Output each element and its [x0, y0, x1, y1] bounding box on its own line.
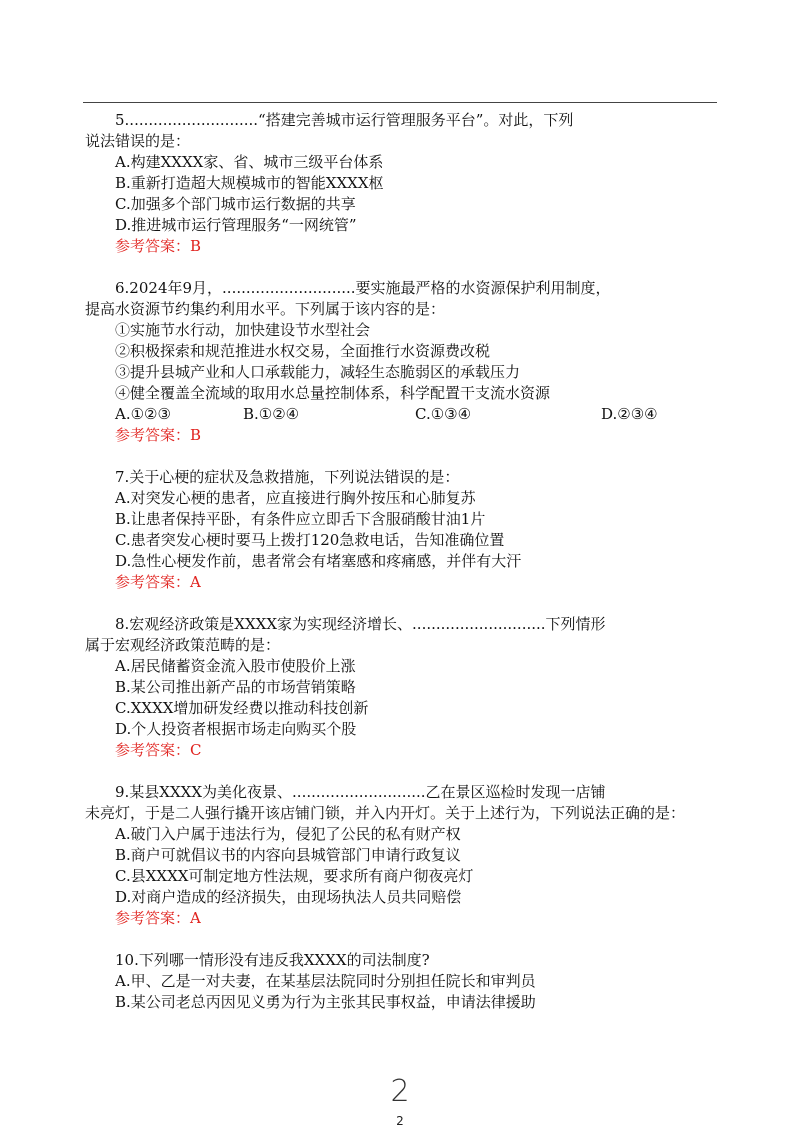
- question-10: 10.下列哪一情形没有违反我XXXX的司法制度? A.甲、乙是一对夫妻，在某基层…: [85, 950, 717, 1013]
- question-stem: 6.2024年9月，............................要实…: [85, 278, 717, 299]
- option-c: C.县XXXX可制定地方性法规，要求所有商户彻夜亮灯: [85, 866, 717, 887]
- document-body: 5............................“搭建完善城市运行管理…: [85, 110, 717, 1034]
- option-a: A.甲、乙是一对夫妻，在某基层法院同时分别担任院长和审判员: [85, 971, 717, 992]
- option-b: B.让患者保持平卧，有条件应立即舌下含服硝酸甘油1片: [85, 509, 717, 530]
- question-stem: 9.某县XXXX为美化夜景、..........................…: [85, 782, 717, 803]
- statement-3: ③提升县城产业和人口承载能力，减轻生态脆弱区的承载压力: [85, 362, 717, 383]
- question-stem-continued: 提高水资源节约集约利用水平。下列属于该内容的是：: [85, 299, 717, 320]
- reference-answer: 参考答案：A: [85, 572, 717, 593]
- question-stem-continued: 属于宏观经济政策范畴的是：: [85, 635, 717, 656]
- option-d: D.对商户造成的经济损失，由现场执法人员共同赔偿: [85, 887, 717, 908]
- question-stem: 10.下列哪一情形没有违反我XXXX的司法制度?: [85, 950, 717, 971]
- question-stem-continued: 未亮灯，于是二人强行撬开该店铺门锁，并入内开灯。关于上述行为，下列说法正确的是：: [85, 803, 717, 824]
- option-c: C.XXXX增加研发经费以推动科技创新: [85, 698, 717, 719]
- option-a: A.破门入户属于违法行为，侵犯了公民的私有财产权: [85, 824, 717, 845]
- option-a: A.对突发心梗的患者，应直接进行胸外按压和心肺复苏: [85, 488, 717, 509]
- option-d: D.②③④: [601, 404, 658, 425]
- statement-4: ④健全覆盖全流域的取用水总量控制体系，科学配置干支流水资源: [85, 383, 717, 404]
- option-c: C.①③④: [415, 404, 601, 425]
- question-stem: 5............................“搭建完善城市运行管理…: [85, 110, 717, 131]
- options-row: A.①②③ B.①②④ C.①③④ D.②③④: [85, 404, 717, 425]
- option-a: A.构建XXXX家、省、城市三级平台体系: [85, 152, 717, 173]
- header-rule: [83, 102, 717, 103]
- option-c: C.患者突发心梗时要马上拨打120急救电话，告知准确位置: [85, 530, 717, 551]
- statement-2: ②积极探索和规范推进水权交易，全面推行水资源费改税: [85, 341, 717, 362]
- reference-answer: 参考答案：C: [85, 740, 717, 761]
- option-b: B.重新打造超大规模城市的智能XXXX枢: [85, 173, 717, 194]
- option-d: D.推进城市运行管理服务“一网统管”: [85, 215, 717, 236]
- option-a: A.①②③: [115, 404, 243, 425]
- option-b: B.①②④: [243, 404, 415, 425]
- option-d: D.个人投资者根据市场走向购买个股: [85, 719, 717, 740]
- reference-answer: 参考答案：A: [85, 908, 717, 929]
- option-b: B.某公司老总丙因见义勇为行为主张其民事权益，申请法律援助: [85, 992, 717, 1013]
- option-b: B.某公司推出新产品的市场营销策略: [85, 677, 717, 698]
- option-c: C.加强多个部门城市运行数据的共享: [85, 194, 717, 215]
- page-number-small: 2: [0, 1114, 800, 1128]
- question-8: 8.宏观经济政策是XXXX家为实现经济增长、..................…: [85, 614, 717, 761]
- question-5: 5............................“搭建完善城市运行管理…: [85, 110, 717, 257]
- question-9: 9.某县XXXX为美化夜景、..........................…: [85, 782, 717, 929]
- option-a: A.居民储蓄资金流入股市使股价上涨: [85, 656, 717, 677]
- reference-answer: 参考答案：B: [85, 236, 717, 257]
- option-d: D.急性心梗发作前，患者常会有堵塞感和疼痛感，并伴有大汗: [85, 551, 717, 572]
- statement-1: ①实施节水行动，加快建设节水型社会: [85, 320, 717, 341]
- page-number-large: 2: [0, 1074, 800, 1109]
- option-b: B.商户可就倡议书的内容向县城管部门申请行政复议: [85, 845, 717, 866]
- question-7: 7.关于心梗的症状及急救措施，下列说法错误的是： A.对突发心梗的患者，应直接进…: [85, 467, 717, 593]
- reference-answer: 参考答案：B: [85, 425, 717, 446]
- question-stem: 8.宏观经济政策是XXXX家为实现经济增长、..................…: [85, 614, 717, 635]
- question-stem: 7.关于心梗的症状及急救措施，下列说法错误的是：: [85, 467, 717, 488]
- question-6: 6.2024年9月，............................要实…: [85, 278, 717, 446]
- question-stem-continued: 说法错误的是：: [85, 131, 717, 152]
